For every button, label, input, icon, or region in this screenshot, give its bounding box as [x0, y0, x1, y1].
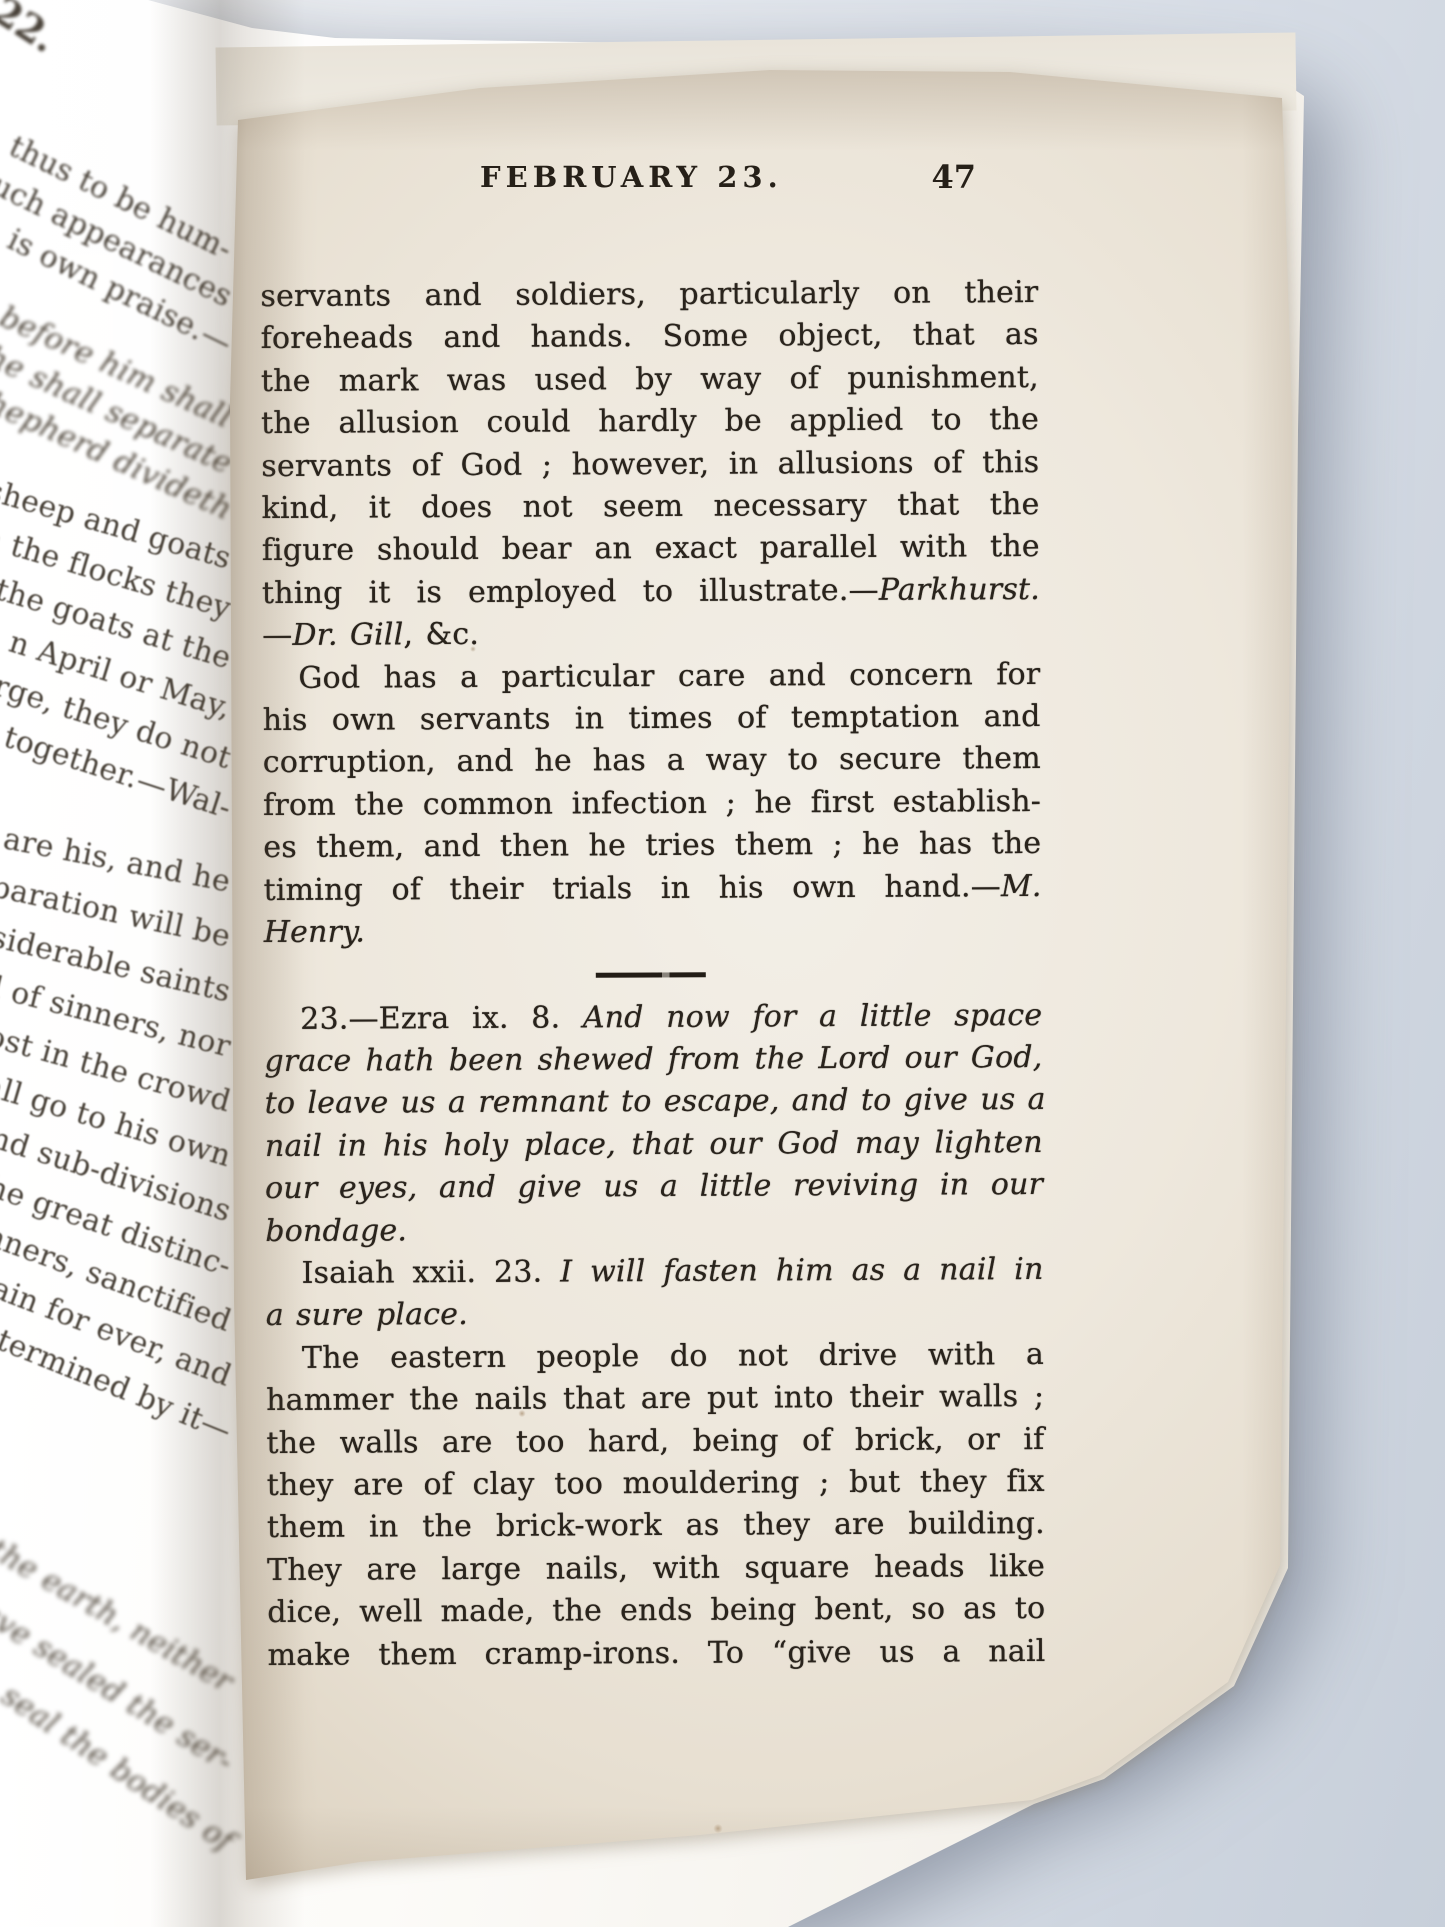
text-line: make them cramp-irons. To “give us a nai…	[267, 1631, 1045, 1677]
body-text: servants and soldiers, particularly on t…	[260, 272, 1045, 1677]
text-line: nail in his holy place, that our God may…	[265, 1122, 1043, 1168]
text-line: the mark was used by way of punishment,	[261, 357, 1039, 403]
text-line: the walls are too hard, being of brick, …	[266, 1419, 1044, 1465]
page-header: FEBRUARY 23. 47	[264, 158, 1042, 210]
text-line: servants of God ; however, in allusions …	[261, 442, 1039, 488]
left-page-text-group: at are his, and heeparation will beonsid…	[0, 855, 230, 1460]
text-line: bondage.	[265, 1206, 1043, 1252]
text-line: dice, well made, the ends being bent, so…	[267, 1588, 1045, 1634]
text-line: them in the brick-work as they are build…	[267, 1503, 1045, 1549]
text-line: thing it is employed to illustrate.—Park…	[262, 569, 1040, 615]
text-line: The eastern people do not drive with a	[266, 1334, 1044, 1380]
foxing-spot	[713, 1824, 723, 1833]
text-line: his own servants in times of temptation …	[263, 696, 1041, 742]
left-page-text-group: sheep and goatsn the flocks they the goa…	[0, 535, 230, 835]
text-line: They are large nails, with square heads …	[267, 1546, 1045, 1592]
book-photo: 22. thus to be hum-uch appearancesis own…	[0, 0, 1445, 1927]
running-head: FEBRUARY 23.	[480, 160, 783, 194]
text-line: timing of their trials in his own hand.—…	[263, 866, 1041, 912]
text-line: God has a particular care and concern fo…	[262, 654, 1040, 700]
page-number: 47	[931, 158, 976, 196]
right-page: FEBRUARY 23. 47 servants and soldiers, p…	[208, 58, 1308, 1918]
left-page-text-group: the earth, neitherhave sealed the ser-se…	[0, 1645, 230, 1885]
text-line: kind, it does not seem necessary that th…	[261, 484, 1039, 530]
text-line: our eyes, and give us a little reviving …	[265, 1164, 1043, 1210]
text-line: es them, and then he tries them ; he has…	[263, 823, 1041, 869]
text-line: Henry.	[264, 908, 1042, 954]
text-line: grace hath been shewed from the Lord our…	[264, 1037, 1042, 1083]
text-line: 23.—Ezra ix. 8. And now for a little spa…	[264, 994, 1042, 1040]
text-line: from the common infection ; he first est…	[263, 781, 1041, 827]
text-line: hammer the nails that are put into their…	[266, 1376, 1044, 1422]
text-line: —Dr. Gill, &c.	[262, 611, 1040, 657]
left-page-number: 22.	[0, 0, 65, 61]
right-page-surface: FEBRUARY 23. 47 servants and soldiers, p…	[208, 58, 1308, 1918]
text-line: foreheads and hands. Some object, that a…	[261, 314, 1039, 360]
text-line: a sure place.	[266, 1291, 1044, 1337]
text-line: corruption, and he has a way to secure t…	[263, 738, 1041, 784]
text-line: they are of clay too mouldering ; but th…	[267, 1461, 1045, 1507]
text-line: the allusion could hardly be applied to …	[261, 399, 1039, 445]
text-line: figure should bear an exact parallel wit…	[262, 526, 1040, 572]
text-line: Isaiah xxii. 23. I will fasten him as a …	[265, 1249, 1043, 1295]
text-line: servants and soldiers, particularly on t…	[260, 272, 1038, 318]
section-rule	[264, 950, 1042, 998]
text-line: to leave us a remnant to escape, and to …	[265, 1079, 1043, 1125]
